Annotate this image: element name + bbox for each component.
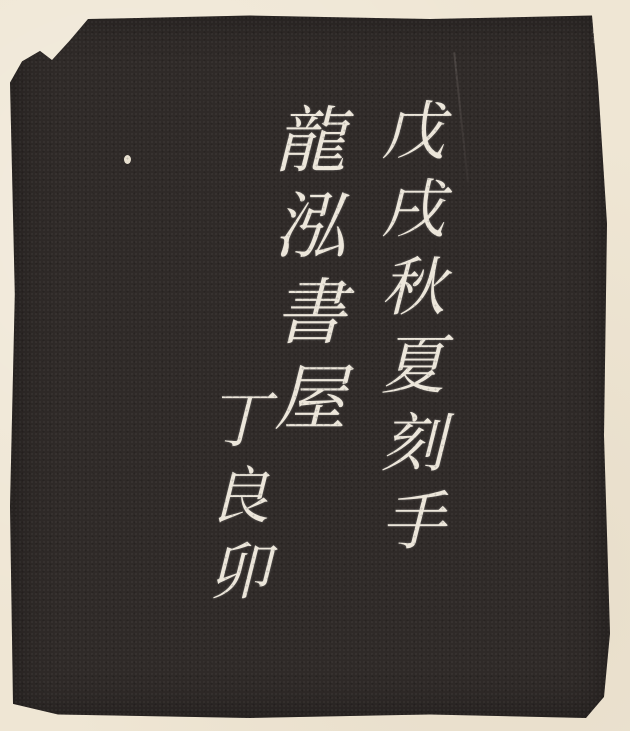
calligraphy-column-right: 戊戌秋夏刻手	[375, 97, 439, 565]
white-speck	[124, 155, 131, 164]
stone-crack	[453, 52, 469, 181]
calligraphy-column-left: 丁良卯	[202, 387, 264, 615]
ink-rubbing: 戊戌秋夏刻手 龍泓書屋 丁良卯 印记	[10, 12, 610, 718]
calligraphy-column-middle: 龍泓書屋	[268, 102, 340, 446]
